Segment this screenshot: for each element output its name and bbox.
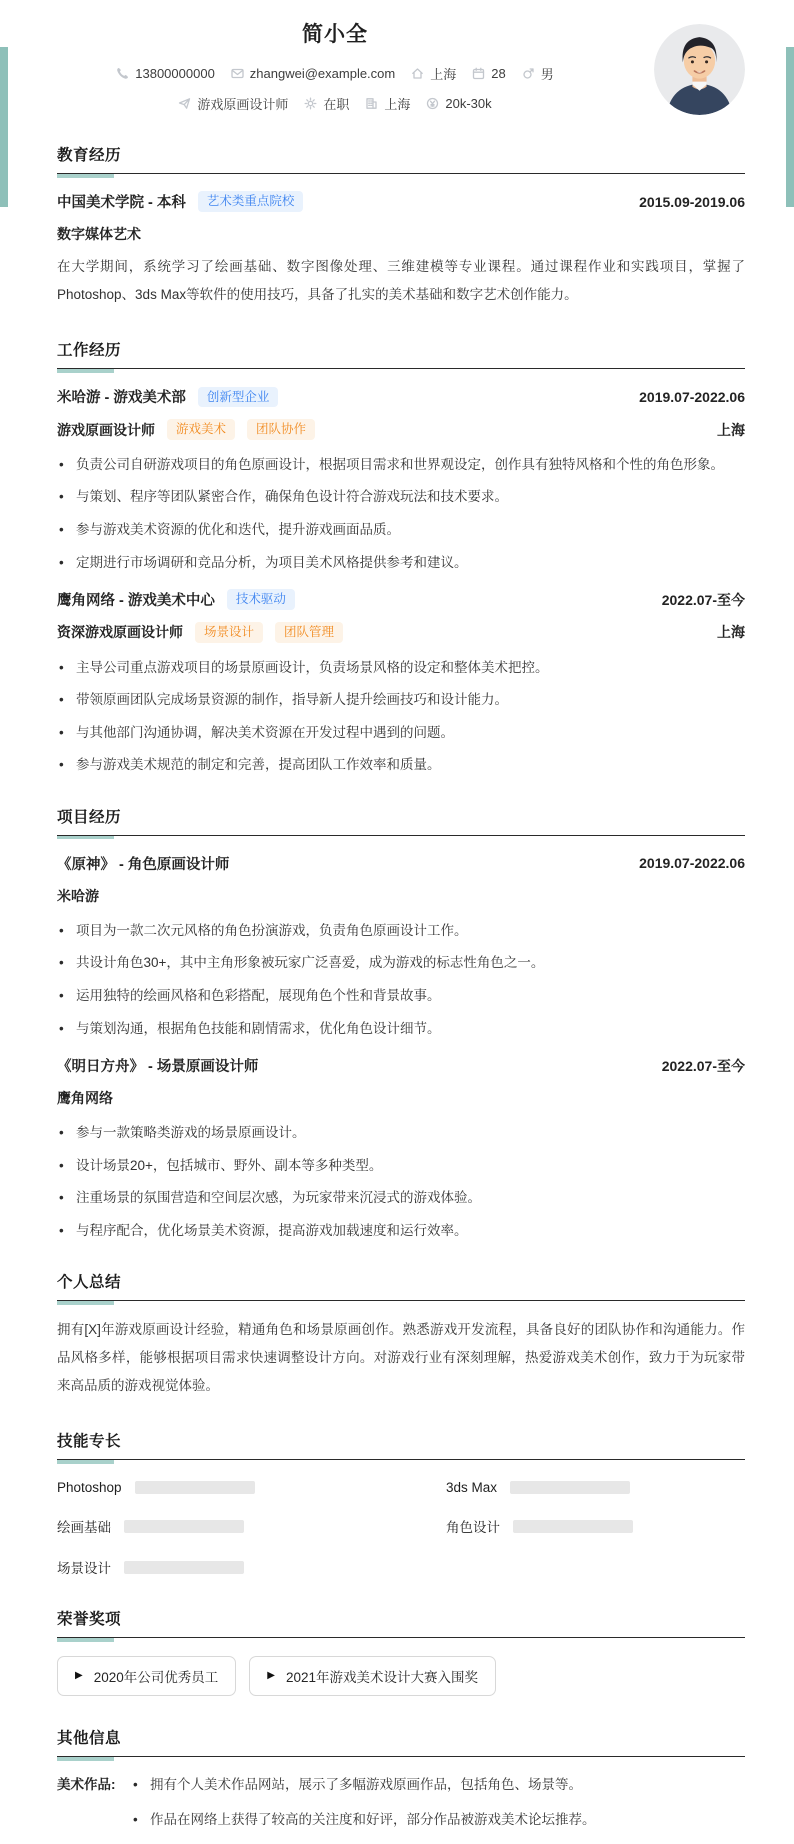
work-bullet: 与策划、程序等团队紧密合作，确保角色设计符合游戏玩法和技术要求。 [57,487,745,507]
section-title-text: 技能专长 [57,1429,745,1451]
contact-row-1: 13800000000 zhangwei@example.com 上海 28 男 [46,64,624,83]
work-entry-header: 米哈游 - 游戏美术部 创新型企业 2019.07-2022.06 [57,386,745,407]
role-name: 资深游戏原画设计师 [57,622,183,642]
section-skills: 技能专长 Photoshop 3ds Max 绘画基础 角色设计 场景设计 [57,1429,745,1577]
company-tag: 创新型企业 [198,387,279,408]
work-entry-header: 鹰角网络 - 游戏美术中心 技术驱动 2022.07-至今 [57,589,745,610]
resume-body: 教育经历 中国美术学院 - 本科 艺术类重点院校 2015.09-2019.06… [0,143,794,1844]
project-bullet: 设计场景20+，包括城市、野外、副本等多种类型。 [57,1156,745,1176]
summary-text: 拥有[X]年游戏原画设计经验，精通角色和场景原画创作。熟悉游戏开发流程，具备良好… [57,1316,745,1399]
section-title-text: 荣誉奖项 [57,1607,745,1629]
project-name: 《原神》 - 角色原画设计师 [57,853,229,874]
education-section-title: 教育经历 [57,143,745,174]
contact-salary: 20k-30k [426,96,491,111]
other-label: 美术作品: [57,1775,131,1844]
project-company: 米哈游 [57,886,99,906]
education-entry-header: 中国美术学院 - 本科 艺术类重点院校 2015.09-2019.06 [57,191,745,212]
skill-item: Photoshop [57,1480,356,1495]
role-tag: 团队协作 [247,419,315,440]
section-summary: 个人总结 拥有[X]年游戏原画设计经验，精通角色和场景原画创作。熟悉游戏开发流程… [57,1270,745,1399]
major-name: 数字媒体艺术 [57,224,141,244]
contact-work-city-text: 上海 [384,94,410,113]
work-entry: 鹰角网络 - 游戏美术中心 技术驱动 2022.07-至今 资深游戏原画设计师 … [57,589,745,775]
honor-label: 2020年公司优秀员工 [94,1666,219,1686]
section-title-text: 其他信息 [57,1726,745,1748]
work-bullet-list: 主导公司重点游戏项目的场景原画设计，负责场景风格的设定和整体美术把控。 带领原画… [57,658,745,775]
education-description: 在大学期间，系统学习了绘画基础、数字图像处理、三维建模等专业课程。通过课程作业和… [57,253,745,308]
contact-job-title: 游戏原画设计师 [178,94,288,113]
skill-bar-track [510,1481,630,1494]
other-section-title: 其他信息 [57,1726,745,1757]
salary-icon [426,97,439,110]
skill-item: 角色设计 [446,1516,745,1536]
section-work: 工作经历 米哈游 - 游戏美术部 创新型企业 2019.07-2022.06 游… [57,338,745,775]
education-major-row: 数字媒体艺术 [57,224,745,244]
project-company: 鹰角网络 [57,1088,113,1108]
work-period: 2019.07-2022.06 [639,389,745,405]
work-bullet: 负责公司自研游戏项目的角色原画设计，根据项目需求和世界观设定，创作具有独特风格和… [57,455,745,475]
other-info-row: 美术作品: 拥有个人美术作品网站，展示了多幅游戏原画作品，包括角色、场景等。 作… [57,1775,745,1844]
projects-section-title: 项目经历 [57,805,745,836]
contact-job-title-text: 游戏原画设计师 [197,94,288,113]
work-entry: 米哈游 - 游戏美术部 创新型企业 2019.07-2022.06 游戏原画设计… [57,386,745,572]
honor-chip[interactable]: ▶ 2020年公司优秀员工 [57,1656,236,1696]
project-name: 《明日方舟》 - 场景原画设计师 [57,1055,258,1076]
project-entry-header: 《明日方舟》 - 场景原画设计师 2022.07-至今 [57,1055,745,1076]
skill-name: 场景设计 [57,1557,111,1577]
project-entry-header: 《原神》 - 角色原画设计师 2019.07-2022.06 [57,853,745,874]
project-bullet: 共设计角色30+，其中主角形象被玩家广泛喜爱，成为游戏的标志性角色之一。 [57,953,745,973]
role-name: 游戏原画设计师 [57,420,155,440]
work-bullet: 参与游戏美术资源的优化和迭代，提升游戏画面品质。 [57,520,745,540]
avatar-photo [654,24,745,115]
skill-name: Photoshop [57,1480,122,1495]
contact-age: 28 [472,66,505,81]
project-entry: 《明日方舟》 - 场景原画设计师 2022.07-至今 鹰角网络 参与一款策略类… [57,1055,745,1240]
school-tag: 艺术类重点院校 [198,191,304,212]
skill-bar-track [135,1481,255,1494]
honor-label: 2021年游戏美术设计大赛入围奖 [286,1666,478,1686]
city-icon [365,97,378,110]
work-role-row: 资深游戏原画设计师 场景设计 团队管理 上海 [57,622,745,643]
play-icon: ▶ [75,1671,83,1681]
contact-email-text: zhangwei@example.com [250,66,395,81]
role-tag: 团队管理 [275,622,343,643]
project-bullet: 注重场景的氛围营造和空间层次感，为玩家带来沉浸式的游戏体验。 [57,1188,745,1208]
skill-name: 角色设计 [446,1516,500,1536]
skills-grid: Photoshop 3ds Max 绘画基础 角色设计 场景设计 [57,1480,745,1577]
project-company-row: 米哈游 [57,886,745,906]
mail-icon [231,67,244,80]
work-role-row: 游戏原画设计师 游戏美术 团队协作 上海 [57,419,745,440]
other-bullet: 作品在网络上获得了较高的关注度和好评，部分作品被游戏美术论坛推荐。 [131,1810,745,1830]
work-location: 上海 [717,622,745,642]
section-other: 其他信息 美术作品: 拥有个人美术作品网站，展示了多幅游戏原画作品，包括角色、场… [57,1726,745,1844]
contact-job-status: 在职 [304,94,349,113]
home-icon [411,67,424,80]
project-bullet: 与策划沟通，根据角色技能和剧情需求，优化角色设计细节。 [57,1019,745,1039]
company-name: 米哈游 - 游戏美术部 [57,386,186,407]
work-section-title: 工作经历 [57,338,745,369]
role-tag: 场景设计 [195,622,263,643]
skill-name: 绘画基础 [57,1516,111,1536]
work-bullet: 主导公司重点游戏项目的场景原画设计，负责场景风格的设定和整体美术把控。 [57,658,745,678]
project-bullet-list: 项目为一款二次元风格的角色扮演游戏，负责角色原画设计工作。 共设计角色30+，其… [57,921,745,1038]
contact-job-status-text: 在职 [323,94,349,113]
candidate-name: 简小全 [46,18,624,48]
skill-item: 绘画基础 [57,1516,356,1536]
section-title-text: 项目经历 [57,805,745,827]
honors-section-title: 荣誉奖项 [57,1607,745,1638]
contact-row-2: 游戏原画设计师 在职 上海 20k-30k [46,94,624,113]
work-bullet: 与其他部门沟通协调，解决美术资源在开发过程中遇到的问题。 [57,723,745,743]
honor-chip[interactable]: ▶ 2021年游戏美术设计大赛入围奖 [249,1656,496,1696]
work-bullet: 定期进行市场调研和竞品分析，为项目美术风格提供参考和建议。 [57,553,745,573]
skill-item: 场景设计 [57,1557,356,1577]
project-period: 2019.07-2022.06 [639,855,745,871]
work-location: 上海 [717,420,745,440]
skill-bar-track [124,1520,244,1533]
phone-icon [116,67,129,80]
project-period: 2022.07-至今 [662,1056,745,1076]
company-tag: 技术驱动 [227,589,295,610]
summary-section-title: 个人总结 [57,1270,745,1301]
contact-phone-text: 13800000000 [135,66,215,81]
skill-name: 3ds Max [446,1480,497,1495]
project-entry: 《原神》 - 角色原画设计师 2019.07-2022.06 米哈游 项目为一款… [57,853,745,1038]
project-bullet: 运用独特的绘画风格和色彩搭配，展现角色个性和背景故事。 [57,986,745,1006]
project-bullet: 参与一款策略类游戏的场景原画设计。 [57,1123,745,1143]
section-honors: 荣誉奖项 ▶ 2020年公司优秀员工 ▶ 2021年游戏美术设计大赛入围奖 [57,1607,745,1696]
contact-phone: 13800000000 [116,66,215,81]
section-title-text: 教育经历 [57,143,745,165]
contact-email: zhangwei@example.com [231,66,395,81]
skills-section-title: 技能专长 [57,1429,745,1460]
other-bullet: 拥有个人美术作品网站，展示了多幅游戏原画作品，包括角色、场景等。 [131,1775,745,1795]
age-icon [472,67,485,80]
section-title-text: 工作经历 [57,338,745,360]
contact-age-text: 28 [491,66,505,81]
contact-gender: 男 [522,64,554,83]
project-company-row: 鹰角网络 [57,1088,745,1108]
contact-salary-text: 20k-30k [445,96,491,111]
status-icon [304,97,317,110]
section-title-text: 个人总结 [57,1270,745,1292]
honors-list: ▶ 2020年公司优秀员工 ▶ 2021年游戏美术设计大赛入围奖 [57,1656,745,1696]
skill-bar-track [124,1561,244,1574]
education-period: 2015.09-2019.06 [639,194,745,210]
project-bullet: 与程序配合，优化场景美术资源，提高游戏加载速度和运行效率。 [57,1221,745,1241]
contact-location: 上海 [411,64,456,83]
work-bullet-list: 负责公司自研游戏项目的角色原画设计，根据项目需求和世界观设定，创作具有独特风格和… [57,455,745,572]
skill-bar-track [513,1520,633,1533]
skill-item: 3ds Max [446,1480,745,1495]
work-period: 2022.07-至今 [662,590,745,610]
contact-work-city: 上海 [365,94,410,113]
section-education: 教育经历 中国美术学院 - 本科 艺术类重点院校 2015.09-2019.06… [57,143,745,308]
role-tag: 游戏美术 [167,419,235,440]
work-bullet: 带领原画团队完成场景资源的制作，指导新人提升绘画技巧和设计能力。 [57,690,745,710]
avatar [654,24,745,115]
play-icon: ▶ [267,1671,275,1681]
position-icon [178,97,191,110]
contact-location-text: 上海 [430,64,456,83]
project-bullet-list: 参与一款策略类游戏的场景原画设计。 设计场景20+，包括城市、野外、副本等多种类… [57,1123,745,1240]
gender-icon [522,67,535,80]
company-name: 鹰角网络 - 游戏美术中心 [57,589,215,610]
project-bullet: 项目为一款二次元风格的角色扮演游戏，负责角色原画设计工作。 [57,921,745,941]
contact-gender-text: 男 [541,64,554,83]
resume-header: 简小全 13800000000 zhangwei@example.com 上海 … [0,0,794,113]
section-projects: 项目经历 《原神》 - 角色原画设计师 2019.07-2022.06 米哈游 … [57,805,745,1241]
other-bullet-list: 拥有个人美术作品网站，展示了多幅游戏原画作品，包括角色、场景等。 作品在网络上获… [131,1775,745,1844]
work-bullet: 参与游戏美术规范的制定和完善，提高团队工作效率和质量。 [57,755,745,775]
school-name: 中国美术学院 - 本科 [57,191,186,212]
